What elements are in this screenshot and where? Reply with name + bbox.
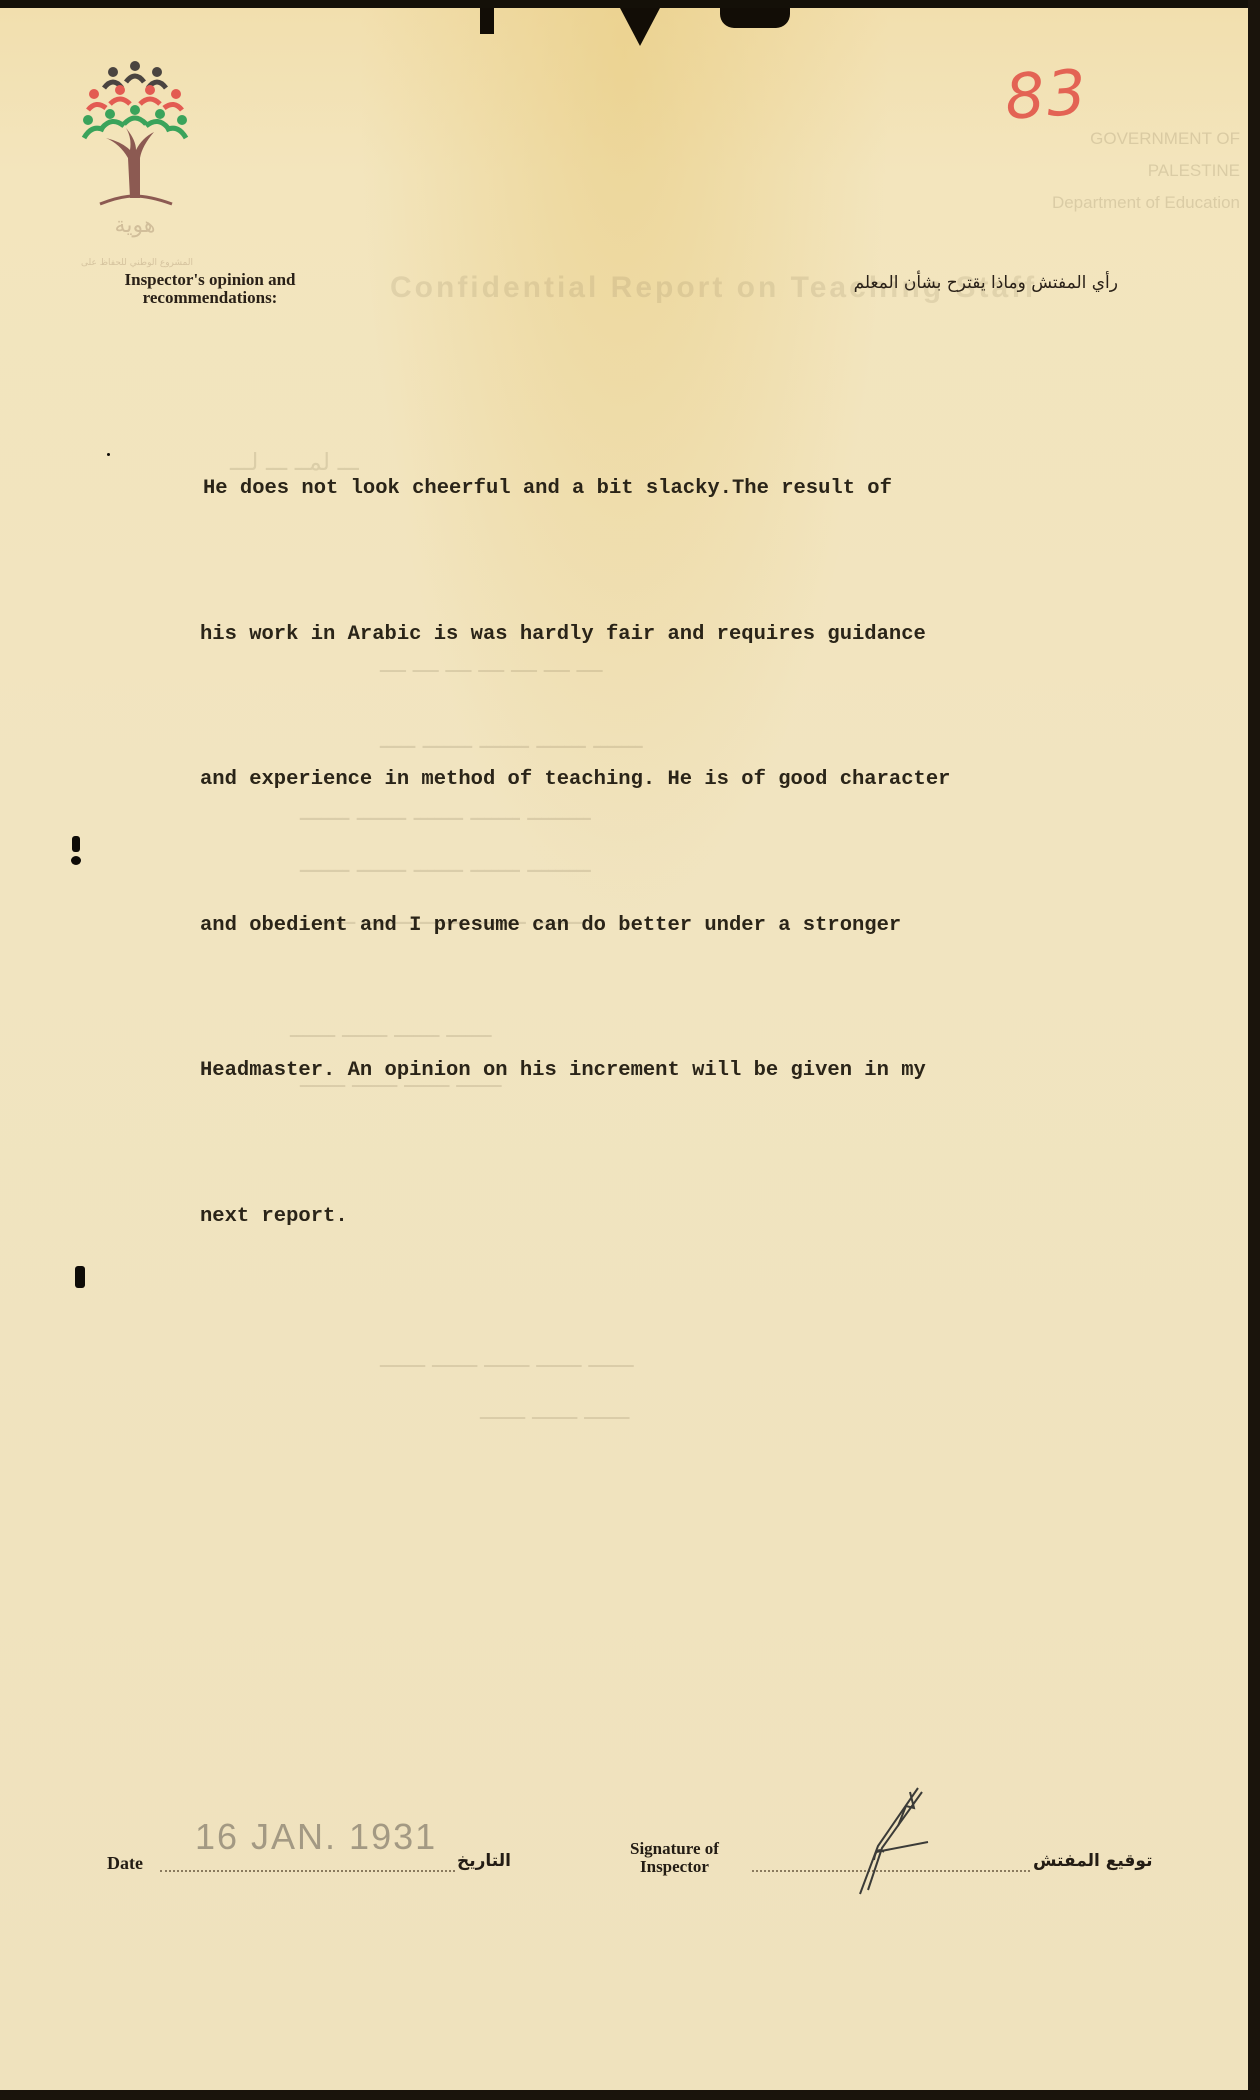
inspector-opinion-text: He does not look cheerful and a bit slac… [203, 368, 1163, 1338]
body-line: his work in Arabic is was hardly fair an… [200, 611, 1163, 660]
signature-label: Signature of Inspector [630, 1840, 719, 1876]
scan-edge [1248, 0, 1260, 2100]
bleed-through-ministry: GOVERNMENT OF PALESTINE Department of Ed… [1040, 123, 1240, 219]
tree-people-logo-icon [80, 58, 190, 208]
folio-number: 83 [1003, 55, 1091, 134]
label-line: Signature of [630, 1840, 719, 1858]
section-label-english: Inspector's opinion and recommendations: [90, 271, 330, 307]
handwriting-bleed: ـــــــ ـــــــ ـــــــ [480, 1400, 629, 1425]
date-line [160, 1870, 455, 1872]
inspector-signature-icon [858, 1786, 968, 1896]
page-edge-tear [620, 8, 660, 46]
body-line: and experience in method of teaching. He… [200, 756, 1163, 805]
section-label-arabic: رأي المفتش وماذا يقترح بشأن المعلم [854, 273, 1118, 293]
date-label: Date [107, 1853, 143, 1874]
date-stamp: 16 JAN. 1931 [195, 1816, 437, 1858]
handwriting-bleed: ـــــــ ـــــــ ـــــــ ـــــــ ـــــــ [380, 1348, 634, 1373]
body-line: Headmaster. An opinion on his increment … [200, 1047, 1163, 1096]
label-line: recommendations: [90, 289, 330, 307]
ink-speck [107, 453, 110, 456]
body-line: next report. [200, 1193, 1163, 1242]
body-line: He does not look cheerful and a bit slac… [203, 465, 1163, 514]
body-line: and obedient and I presume can do better… [200, 902, 1163, 951]
punch-hole-mark [75, 1266, 85, 1288]
label-line: Inspector's opinion and [90, 271, 330, 289]
logo-caption: المشروع الوطني للحفاظ على [62, 258, 212, 268]
date-label-arabic: التاريخ [457, 1851, 511, 1871]
page-edge-tear [480, 8, 494, 34]
punch-hole-mark [72, 836, 80, 852]
scanned-document-page: هوية المشروع الوطني للحفاظ على 83 GOVERN… [0, 8, 1248, 2090]
scan-edge [0, 2090, 1260, 2100]
bleed-text: Department of Education [1040, 187, 1240, 219]
punch-hole-mark [71, 856, 81, 865]
bleed-text: GOVERNMENT OF PALESTINE [1040, 123, 1240, 187]
label-line: Inspector [630, 1858, 719, 1876]
page-edge-tear [720, 8, 790, 28]
logo-wordmark: هوية [95, 213, 175, 238]
signature-label-arabic: توقيع المفتش [1033, 1851, 1152, 1871]
